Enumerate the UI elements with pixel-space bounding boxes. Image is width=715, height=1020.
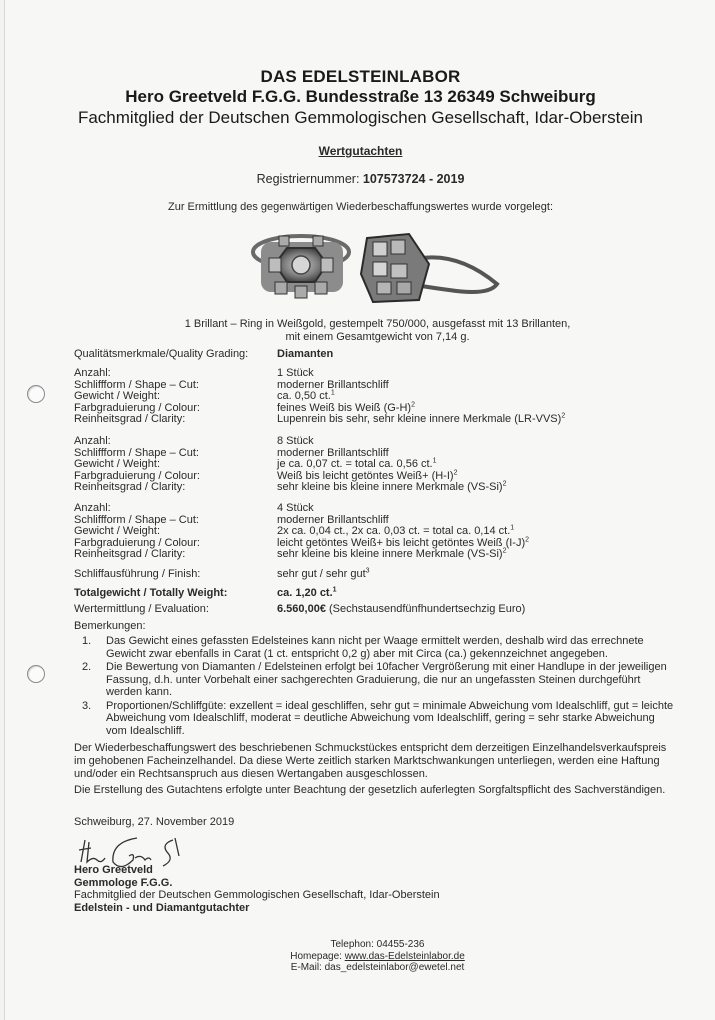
grading-row-label: Gewicht / Weight:: [74, 526, 277, 538]
stone-group: Anzahl:1 StückSchliffform / Shape – Cut:…: [74, 368, 594, 426]
grading-row-value: sehr kleine bis kleine innere Merkmale (…: [277, 482, 594, 494]
remark-text: Das Gewicht eines gefassten Edelsteines …: [106, 635, 674, 660]
intro-text: Zur Ermittlung des gegenwärtigen Wiederb…: [5, 201, 715, 213]
homepage-link[interactable]: www.das-Edelsteinlabor.de: [345, 951, 465, 962]
punch-hole: [27, 665, 45, 683]
grading-row: Reinheitsgrad / Clarity:sehr kleine bis …: [74, 549, 594, 561]
finish-label: Schliffausführung / Finish:: [74, 569, 277, 581]
signer-name: Hero Greetveld: [74, 864, 440, 877]
remark-item: 2.Die Bewertung von Diamanten / Edelstei…: [74, 661, 674, 699]
signer-role: Edelstein - und Diamantgutachter: [74, 902, 440, 915]
punch-hole: [27, 385, 45, 403]
evaluation-label: Wertermittlung / Evaluation:: [74, 604, 277, 616]
remark-text: Die Bewertung von Diamanten / Edelsteine…: [106, 661, 674, 699]
grading-row-label: Reinheitsgrad / Clarity:: [74, 549, 277, 561]
grading-row-value: sehr kleine bis kleine innere Merkmale (…: [277, 549, 594, 561]
grading-row: Reinheitsgrad / Clarity:sehr kleine bis …: [74, 482, 594, 494]
scanned-page: DAS EDELSTEINLABOR Hero Greetveld F.G.G.…: [4, 0, 715, 1020]
stone-group: Anzahl:8 StückSchliffform / Shape – Cut:…: [74, 436, 594, 494]
grading-row-label: Gewicht / Weight:: [74, 391, 277, 403]
grading-label: Qualitätsmerkmale/Quality Grading:: [74, 349, 277, 361]
total-weight-row: Totalgewicht / Totally Weight: ca. 1,20 …: [74, 588, 594, 600]
registration-label: Registriernummer:: [257, 172, 360, 186]
remark-item: 3.Proportionen/Schliffgüte: exzellent = …: [74, 700, 674, 738]
remark-text: Proportionen/Schliffgüte: exzellent = id…: [106, 700, 674, 738]
email-line: E-Mail: das_edelsteinlabor@ewetel.net: [5, 962, 715, 974]
total-weight-label: Totalgewicht / Totally Weight:: [74, 588, 277, 600]
grading-row-label: Gewicht / Weight:: [74, 459, 277, 471]
remark-number: 2.: [74, 661, 106, 699]
homepage-line: Homepage: www.das-Edelsteinlabor.de: [5, 951, 715, 963]
lab-membership: Fachmitglied der Deutschen Gemmologische…: [5, 108, 715, 128]
disclaimer-paragraph: Der Wiederbeschaffungswert des beschrieb…: [74, 742, 674, 780]
grading-row-label: Reinheitsgrad / Clarity:: [74, 414, 277, 426]
remark-item: 1.Das Gewicht eines gefassten Edelsteine…: [74, 635, 674, 660]
grading-row-label: Anzahl:: [74, 436, 277, 448]
registration-number-line: Registriernummer: 107573724 - 2019: [5, 172, 715, 186]
document-title: Wertgutachten: [5, 144, 715, 158]
phone-line: Telephon: 04455-236: [5, 939, 715, 951]
item-description: 1 Brillant – Ring in Weißgold, gestempel…: [5, 318, 715, 344]
diligence-paragraph: Die Erstellung des Gutachtens erfolgte u…: [74, 784, 674, 797]
email-address[interactable]: das_edelsteinlabor@ewetel.net: [325, 962, 465, 973]
description-line-2: mit einem Gesamtgewicht von 7,14 g.: [5, 331, 715, 344]
signer-title: Gemmologe F.G.G.: [74, 877, 440, 890]
grading-value: Diamanten: [277, 349, 594, 361]
lab-name: DAS EDELSTEINLABOR: [5, 67, 715, 87]
remarks-title: Bemerkungen:: [74, 620, 146, 632]
place-date: Schweiburg, 27. November 2019: [74, 816, 674, 829]
grading-row: Reinheitsgrad / Clarity:Lupenrein bis se…: [74, 414, 594, 426]
lab-address: Hero Greetveld F.G.G. Bundesstraße 13 26…: [5, 87, 715, 107]
finish-row: Schliffausführung / Finish: sehr gut / s…: [74, 569, 594, 581]
quality-grading-header: Qualitätsmerkmale/Quality Grading: Diama…: [74, 349, 594, 361]
remarks-list: 1.Das Gewicht eines gefassten Edelsteine…: [74, 635, 674, 738]
ring-photo: [249, 224, 501, 308]
finish-value: sehr gut / sehr gut3: [277, 569, 594, 581]
signer-block: Hero Greetveld Gemmologe F.G.G. Fachmitg…: [74, 864, 440, 914]
grading-row-value: Lupenrein bis sehr, sehr kleine innere M…: [277, 414, 594, 426]
contact-block: Telephon: 04455-236 Homepage: www.das-Ed…: [5, 939, 715, 974]
registration-number: 107573724 - 2019: [363, 172, 464, 186]
grading-row-label: Reinheitsgrad / Clarity:: [74, 482, 277, 494]
evaluation-row: Wertermittlung / Evaluation: 6.560,00€ (…: [74, 604, 594, 616]
description-line-1: 1 Brillant – Ring in Weißgold, gestempel…: [5, 318, 715, 331]
evaluation-value: 6.560,00€ (Sechstausendfünfhundertsechzi…: [277, 604, 594, 616]
stone-group: Anzahl:4 StückSchliffform / Shape – Cut:…: [74, 503, 594, 561]
total-weight-value: ca. 1,20 ct.1: [277, 588, 594, 600]
grading-row-label: Anzahl:: [74, 368, 277, 380]
phone-number: 04455-236: [377, 939, 425, 950]
signer-membership: Fachmitglied der Deutschen Gemmologische…: [74, 889, 440, 902]
grading-row-label: Anzahl:: [74, 503, 277, 515]
remark-number: 3.: [74, 700, 106, 738]
remark-number: 1.: [74, 635, 106, 660]
